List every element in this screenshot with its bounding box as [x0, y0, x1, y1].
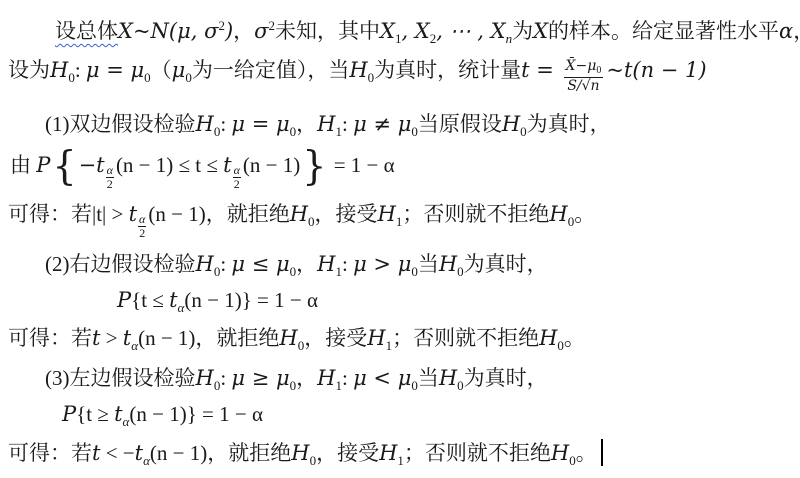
text-run: 为真时，: [527, 112, 611, 136]
math-run: t: [169, 288, 177, 312]
text-run: 的样本。给定显著性水平: [548, 19, 779, 43]
text-run: :: [75, 58, 86, 82]
math-run: X: [533, 19, 548, 43]
text-run: 未知，其中: [275, 19, 380, 43]
math-run: X: [380, 19, 395, 43]
math-run: t =: [521, 58, 560, 82]
text-run: ，: [296, 112, 317, 136]
document-line-case1-two-sided-heading: (1)双边假设检验H0: μ = μ0，H1: μ ≠ μ0当原假设H0为真时，: [45, 109, 611, 147]
document-line-intro-line-2: 设为H0: μ = μ0（μ0为一给定值），当H0为真时，统计量t = X̄−μ…: [8, 55, 707, 94]
text-run: （: [151, 58, 172, 82]
text-run: (n − 1)} = 1 − α: [129, 402, 263, 426]
document-line-case1-probability-formula: 由 P{−tα2(n − 1) ≤ t ≤ tα2(n − 1)} = 1 − …: [10, 150, 395, 191]
text-run: = 1 − α: [328, 153, 394, 177]
text-run: (n − 1)，就拒绝: [150, 441, 291, 465]
text-run: ；否则就不拒绝: [402, 202, 549, 226]
radicand: n: [591, 77, 600, 94]
math-run: X~N(μ, σ: [118, 19, 218, 43]
text-run: 设为: [8, 58, 50, 82]
text-run: 为真时，统计量: [374, 58, 521, 82]
text-run: (n − 1) ≤ t ≤: [116, 153, 223, 177]
text-run: :: [342, 112, 353, 136]
text-run: >: [100, 326, 122, 350]
math-run: H: [367, 326, 385, 350]
math-run: μ: [172, 58, 186, 82]
text-run: (3)左边假设检验: [45, 366, 196, 390]
math-run: H: [50, 58, 68, 82]
text-run: :: [342, 252, 353, 276]
math-run: μ ≠ μ: [353, 112, 411, 136]
math-run: μ ≤ μ: [231, 252, 289, 276]
math-run: t: [123, 326, 131, 350]
text-run: ，接受: [304, 326, 367, 350]
text-run: (n − 1)，就拒绝: [138, 326, 279, 350]
math-run: H: [317, 112, 335, 136]
math-run: H: [551, 441, 569, 465]
radical-sign: √: [582, 78, 591, 94]
math-run: ): [225, 19, 233, 43]
math-run: H: [279, 326, 297, 350]
document-line-case1-conclusion: 可得：若|t| > tα2(n − 1)，就拒绝H0，接受H1；否则就不拒绝H0…: [8, 199, 595, 240]
text-run: ，接受: [316, 441, 379, 465]
text-run: 当原假设: [418, 112, 502, 136]
math-run: S/: [567, 78, 581, 94]
text-run: (n − 1)} = 1 − α: [184, 288, 318, 312]
math-run: σ: [254, 19, 268, 43]
fracsub-numerator: α: [106, 164, 114, 178]
text-run: :: [342, 366, 353, 390]
text-run: (n − 1): [243, 153, 300, 177]
fraction-denominator: S/√n: [564, 78, 604, 94]
document-line-case3-left-sided-heading: (3)左边假设检验H0: μ ≥ μ0，H1: μ < μ0当H0为真时，: [45, 363, 548, 401]
math-run: P: [62, 402, 76, 426]
spellcheck-squiggle-text: 设总体: [55, 19, 118, 43]
math-run: t: [114, 402, 122, 426]
math-run: P: [117, 288, 131, 312]
math-run: μ > μ: [353, 252, 411, 276]
text-run: 为一给定值），当: [192, 58, 350, 82]
document-line-case2-right-sided-heading: (2)右边假设检验H0: μ ≤ μ0，H1: μ > μ0当H0为真时，: [45, 249, 548, 287]
math-run: −t: [79, 153, 105, 177]
square-root: √n: [582, 77, 600, 94]
document-line-case3-conclusion: 可得：若t < −tα(n − 1)，就拒绝H0，接受H1；否则就不拒绝H0。: [8, 438, 603, 476]
math-run: H: [196, 252, 214, 276]
text-run: 可得：若: [8, 326, 92, 350]
fracsub-numerator: α: [138, 213, 146, 227]
math-run: H: [196, 112, 214, 136]
text-run: 。: [576, 441, 597, 465]
text-run: (2)右边假设检验: [45, 252, 196, 276]
math-run: , X: [401, 19, 429, 43]
text-run: ，: [233, 19, 254, 43]
text-run: 当: [418, 252, 439, 276]
math-run: H: [439, 366, 457, 390]
text-run: ，: [296, 366, 317, 390]
alpha-over-two-subscript: α2: [233, 164, 241, 190]
document-page[interactable]: 设总体X~N(μ, σ2)，σ2未知，其中X1, X2, ⋯ , Xn为X的样本…: [0, 0, 800, 478]
text-run: :: [220, 252, 231, 276]
text-run: 为真时，: [464, 252, 548, 276]
text-run: 当: [418, 366, 439, 390]
document-line-case3-probability-formula: P{t ≥ tα(n − 1)} = 1 − α: [62, 399, 263, 437]
text-run: ，原假: [793, 19, 800, 43]
fraction-numerator: X̄−μ0: [564, 59, 604, 78]
math-run: , ⋯ , X: [436, 19, 505, 43]
math-run: t: [135, 441, 143, 465]
text-run: < −: [100, 441, 134, 465]
fraction: X̄−μ0S/√n: [564, 59, 604, 94]
fracsub-denominator: 2: [138, 227, 146, 240]
math-run: t: [129, 202, 137, 226]
text-run: 。: [564, 326, 585, 350]
math-run: X̄−μ: [566, 58, 597, 74]
text-run: (1)双边假设检验: [45, 112, 196, 136]
math-run: t: [223, 153, 231, 177]
text-run: ；否则就不拒绝: [404, 441, 551, 465]
text-run: 可得：若: [8, 441, 92, 465]
text-run: 为真时，: [464, 366, 548, 390]
alpha-over-two-subscript: α2: [138, 213, 146, 239]
math-run: ~t(n − 1): [606, 58, 706, 82]
text-run: (n − 1)，就拒绝: [148, 202, 289, 226]
math-run: H: [291, 441, 309, 465]
text-run: :: [220, 112, 231, 136]
text-run: :: [220, 366, 231, 390]
math-run: H: [439, 252, 457, 276]
text-run: ，接受: [315, 202, 378, 226]
text-run: {t ≤: [131, 288, 169, 312]
fracsub-denominator: 2: [106, 178, 114, 191]
text-run: ；否则就不拒绝: [392, 326, 539, 350]
text-cursor-caret: [601, 439, 603, 466]
document-line-intro-line-1: 设总体X~N(μ, σ2)，σ2未知，其中X1, X2, ⋯ , Xn为X的样本…: [55, 11, 800, 54]
text-run: 由: [10, 153, 36, 177]
text-run: ，: [296, 252, 317, 276]
text-run: 为: [512, 19, 533, 43]
math-run: H: [378, 202, 396, 226]
math-run: H: [539, 326, 557, 350]
math-run: μ = μ: [86, 58, 144, 82]
document-line-case2-probability-formula: P{t ≤ tα(n − 1)} = 1 − α: [117, 285, 318, 323]
math-run: H: [196, 366, 214, 390]
text-run: 。: [574, 202, 595, 226]
math-run: H: [290, 202, 308, 226]
math-run: μ ≥ μ: [231, 366, 289, 390]
text-run: 可得：若|t| >: [8, 202, 129, 226]
document-line-case2-conclusion: 可得：若t > tα(n − 1)，就拒绝H0，接受H1；否则就不拒绝H0。: [8, 323, 585, 361]
math-run: H: [317, 252, 335, 276]
math-run: H: [549, 202, 567, 226]
subscript: 0: [596, 65, 601, 76]
math-run: H: [502, 112, 520, 136]
fracsub-denominator: 2: [233, 178, 241, 191]
math-run: μ < μ: [353, 366, 411, 390]
fracsub-numerator: α: [233, 164, 241, 178]
math-run: H: [349, 58, 367, 82]
alpha-over-two-subscript: α2: [106, 164, 114, 190]
math-run: α: [779, 19, 793, 43]
subscript-italic: α: [143, 453, 150, 468]
math-run: H: [317, 366, 335, 390]
math-run: H: [379, 441, 397, 465]
math-run: μ = μ: [231, 112, 289, 136]
text-run: {t ≥: [76, 402, 114, 426]
math-run: P: [36, 153, 50, 177]
